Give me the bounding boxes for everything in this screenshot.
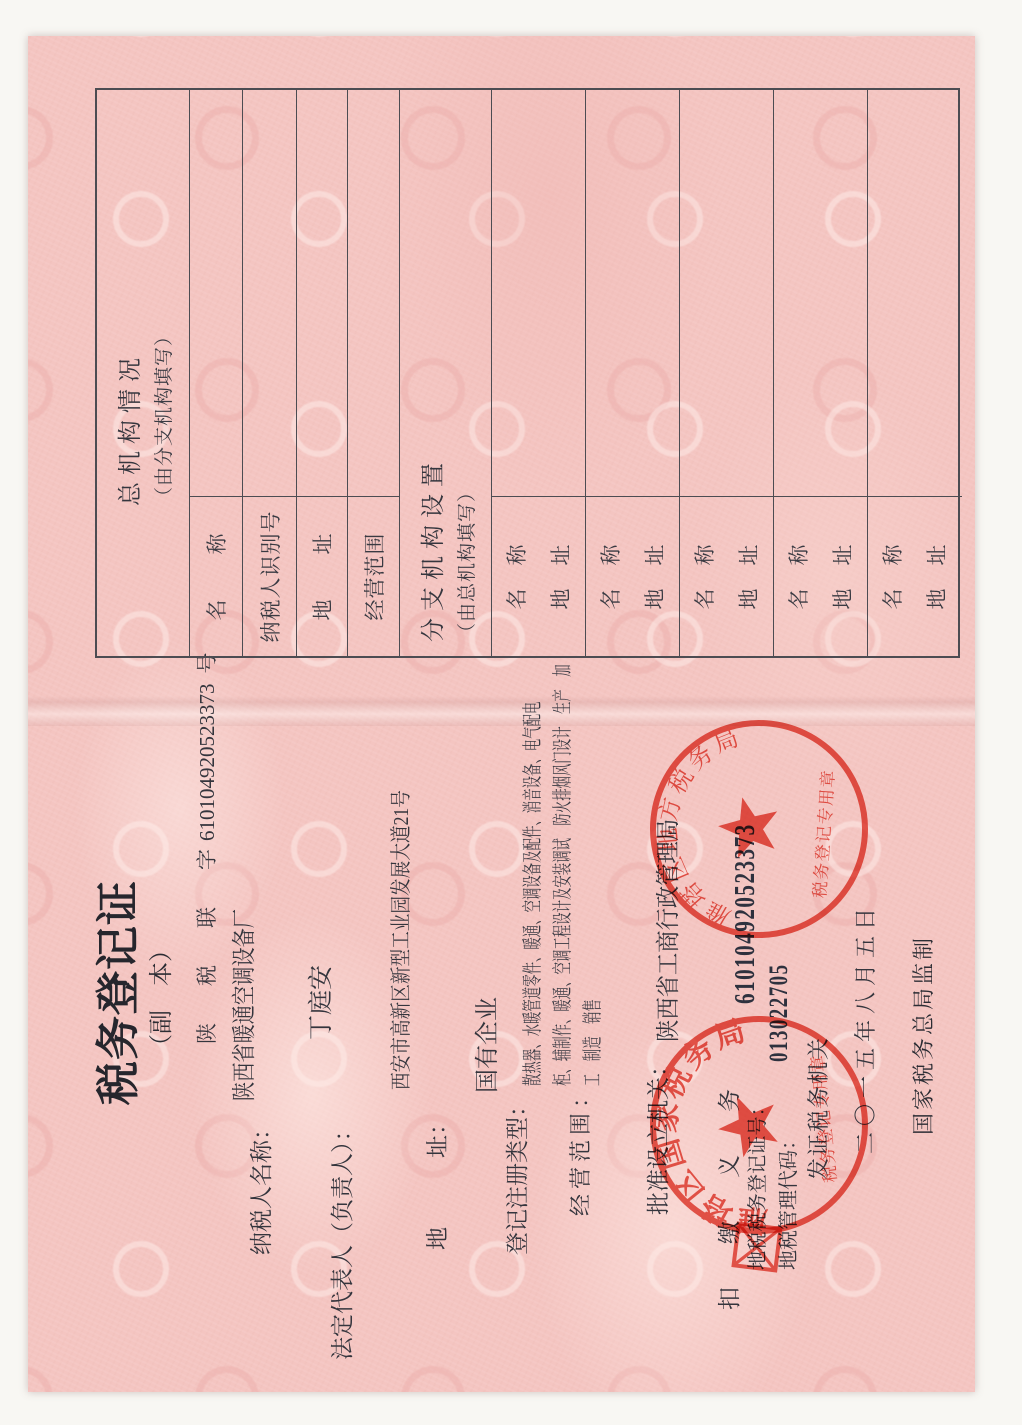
business-scope-line-2: 柜、辅制作、暖通、空调工程设计及安装调试 防火排烟风门设计 生产 加 bbox=[546, 664, 575, 1086]
certificate-title: 税务登记证 bbox=[82, 880, 146, 1105]
branch-entry-5: 名 称 地 址 bbox=[868, 90, 962, 656]
table-row-business-scope: 经营范围 bbox=[348, 90, 400, 656]
table-row-taxpayer-id: 纳税人识别号 bbox=[243, 90, 297, 656]
branch-name-label: 名 称 bbox=[683, 544, 727, 610]
serial-number: 610104920523373 bbox=[195, 684, 219, 842]
table-section2-header: 分支机构设置 （由总机构填写） bbox=[400, 90, 492, 656]
row-value-name-empty bbox=[190, 90, 242, 496]
branch-address-label: 地 址 bbox=[633, 544, 677, 610]
branch-entry-3-labels: 名 称 地 址 bbox=[680, 496, 773, 656]
branch-entry-3: 名 称 地 址 bbox=[680, 90, 774, 656]
address-label: 地 址： bbox=[419, 1112, 452, 1250]
branch-entry-4-labels: 名 称 地 址 bbox=[774, 496, 867, 656]
certificate-page: 税务登记证 （副 本） 陕 税 联 字610104920523373号 纳税人名… bbox=[28, 36, 975, 1392]
row-value-taxpayer-id-empty bbox=[243, 90, 296, 496]
branch-entry-1: 名 称 地 址 bbox=[492, 90, 586, 656]
branch-name-label: 名 称 bbox=[495, 544, 539, 610]
row-value-address-empty bbox=[297, 90, 347, 496]
national-stamp-bottom-text: 税务登记专用章 bbox=[807, 1053, 840, 1184]
business-scope-line-1: 散热器、水暖管道零件、暖通、空调设备及配件、消音设备、电气配电 bbox=[516, 702, 545, 1086]
branch-entry-2-value-empty bbox=[586, 90, 679, 496]
certificate-subtitle: （副 本） bbox=[141, 938, 176, 1058]
branch-address-label: 地 址 bbox=[915, 544, 959, 610]
registration-type-value: 国有企业 bbox=[467, 997, 502, 1093]
serial-prefix: 陕 税 联 字 bbox=[195, 841, 219, 1044]
branch-entry-4-value-empty bbox=[774, 90, 867, 496]
branch-address-label: 地 址 bbox=[539, 544, 583, 610]
table-section1-header: 总机构情况 （由分支机构填写） bbox=[97, 90, 190, 656]
row-value-business-scope-empty bbox=[348, 90, 399, 496]
branch-address-label: 地 址 bbox=[727, 544, 771, 610]
branch-name-label: 名 称 bbox=[589, 544, 633, 610]
section1-subtitle: （由分支机构填写） bbox=[149, 90, 176, 506]
taxpayer-name-label: 纳税人名称： bbox=[243, 1117, 276, 1255]
certificate-serial-line: 陕 税 联 字610104920523373号 bbox=[191, 653, 221, 1045]
business-scope-label: 经营范围： bbox=[564, 1081, 595, 1216]
branch-entry-1-labels: 名 称 地 址 bbox=[492, 496, 585, 656]
branch-entry-4: 名 称 地 址 bbox=[774, 90, 868, 656]
legal-representative-label: 法定代表人（负责人）： bbox=[324, 1119, 357, 1361]
row-label-business-scope: 经营范围 bbox=[348, 496, 399, 656]
legal-representative-value: 丁庭安 bbox=[301, 965, 337, 1040]
rotated-document-content: 税务登记证 （副 本） 陕 税 联 字610104920523373号 纳税人名… bbox=[28, 36, 975, 1392]
local-tax-bureau-stamp: 雁塔区地方税务局 税务登记专用章 bbox=[636, 706, 881, 951]
branch-name-label: 名 称 bbox=[871, 544, 915, 610]
supervising-authority-footer: 国家税务总局监制 bbox=[907, 935, 938, 1135]
branch-entry-5-labels: 名 称 地 址 bbox=[868, 496, 962, 656]
branch-entry-5-value-empty bbox=[868, 90, 962, 496]
branch-entry-1-value-empty bbox=[492, 90, 585, 496]
row-label-name: 名 称 bbox=[190, 496, 242, 656]
section2-subtitle: （由总机构填写） bbox=[452, 90, 479, 642]
row-label-address: 地 址 bbox=[297, 496, 347, 656]
branch-entry-2-labels: 名 称 地 址 bbox=[586, 496, 679, 656]
branch-address-label: 地 址 bbox=[821, 544, 865, 610]
section2-title: 分支机构设置 bbox=[413, 90, 448, 642]
business-scope-line-3: 工 制造 销售 bbox=[576, 999, 605, 1086]
section2-header-text: 分支机构设置 （由总机构填写） bbox=[413, 90, 479, 642]
branch-name-label: 名 称 bbox=[777, 544, 821, 610]
table-row-name: 名 称 bbox=[190, 90, 243, 656]
section1-header-text: 总机构情况 （由分支机构填写） bbox=[110, 90, 176, 506]
address-value: 西安市高新区新型工业园发展大道21号 bbox=[385, 790, 415, 1090]
registration-type-label: 登记注册类型： bbox=[499, 1094, 532, 1255]
scanned-tax-certificate: 税务登记证 （副 本） 陕 税 联 字610104920523373号 纳税人名… bbox=[0, 0, 1022, 1425]
local-stamp-bottom-text: 税务登记专用章 bbox=[809, 768, 838, 899]
branch-entry-2: 名 称 地 址 bbox=[586, 90, 680, 656]
national-tax-bureau-stamp: 雁塔区国家税务局 税务登记专用章 bbox=[633, 999, 886, 1252]
branch-entry-3-value-empty bbox=[680, 90, 773, 496]
table-row-address: 地 址 bbox=[297, 90, 348, 656]
head-office-branch-table: 总机构情况 （由分支机构填写） 名 称 纳税人识别号 地 址 bbox=[95, 88, 960, 658]
row-label-taxpayer-id: 纳税人识别号 bbox=[243, 496, 296, 656]
section1-title: 总机构情况 bbox=[110, 90, 145, 506]
taxpayer-name-value: 陕西省暖通空调设备厂 bbox=[224, 909, 259, 1101]
